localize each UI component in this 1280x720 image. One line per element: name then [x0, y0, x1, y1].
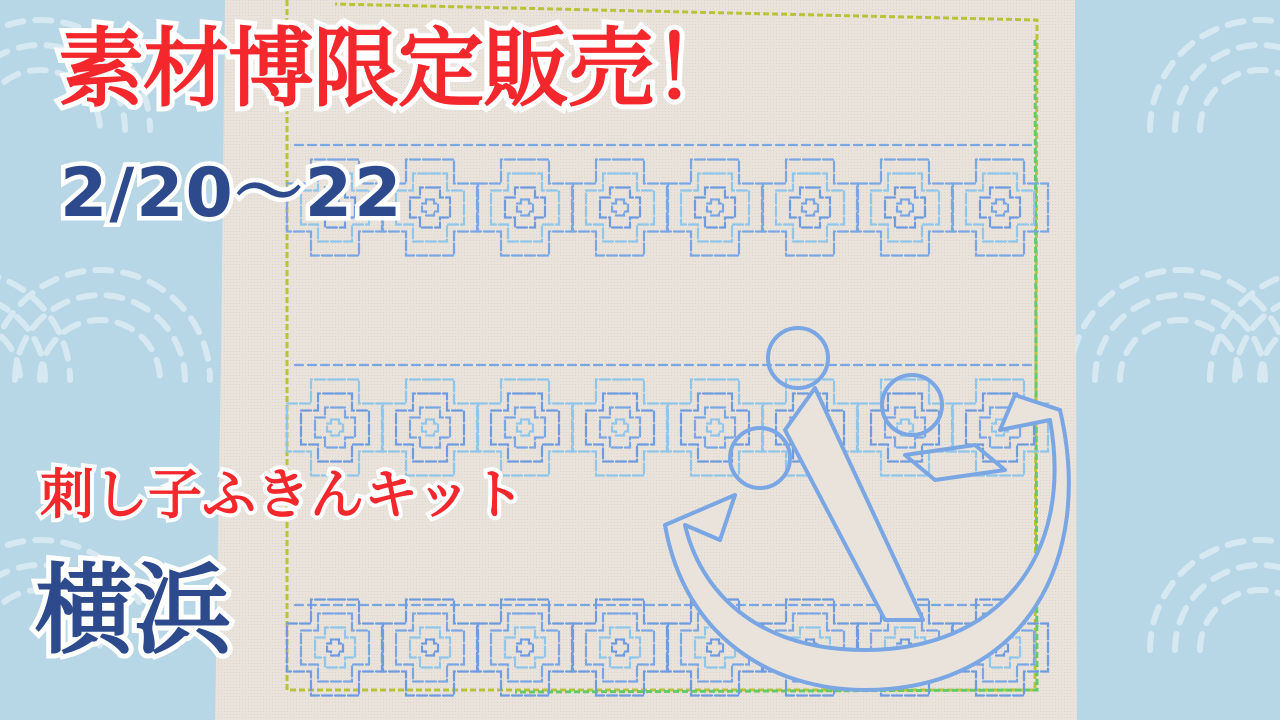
location-label: 横浜: [35, 562, 231, 660]
date-range: 2/20〜22: [60, 160, 403, 228]
product-name: 刺し子ふきんキット: [40, 468, 525, 522]
sale-title: 素材博限定販売！: [58, 26, 738, 112]
